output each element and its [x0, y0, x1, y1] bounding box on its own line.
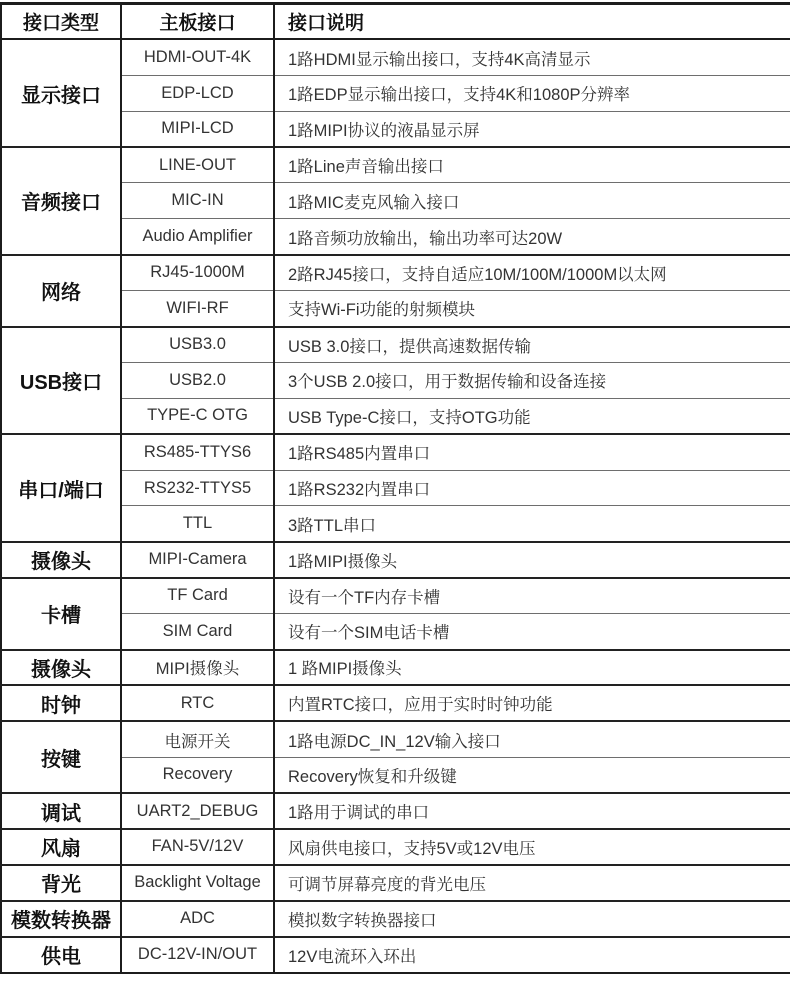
board-interface-cell: Backlight Voltage — [121, 865, 274, 901]
board-interface-cell: FAN-5V/12V — [121, 829, 274, 865]
board-interface-cell: USB2.0 — [121, 362, 274, 398]
interface-description-cell: 1路EDP显示输出接口，支持4K和1080P分辨率 — [274, 75, 790, 111]
interface-description-cell: 1路电源DC_IN_12V输入接口 — [274, 721, 790, 757]
interface-description-cell: 设有一个SIM电话卡槽 — [274, 614, 790, 650]
table-row: 时钟RTC内置RTC接口，应用于实时时钟功能 — [1, 685, 790, 721]
board-interface-cell: RTC — [121, 685, 274, 721]
interface-description-cell: 内置RTC接口，应用于实时时钟功能 — [274, 685, 790, 721]
interface-description-cell: 2路RJ45接口，支持自适应10M/100M/1000M以太网 — [274, 255, 790, 291]
interface-type-cell: 时钟 — [1, 685, 121, 721]
interface-description-cell: 12V电流环入环出 — [274, 937, 790, 973]
board-interface-cell: RJ45-1000M — [121, 255, 274, 291]
interface-description-cell: 1路HDMI显示输出接口，支持4K高清显示 — [274, 39, 790, 75]
interface-description-cell: 3路TTL串口 — [274, 506, 790, 542]
board-interface-cell: DC-12V-IN/OUT — [121, 937, 274, 973]
interface-description-cell: 1路Line声音输出接口 — [274, 147, 790, 183]
interface-type-cell: 风扇 — [1, 829, 121, 865]
table-row: 按键电源开关1路电源DC_IN_12V输入接口 — [1, 721, 790, 757]
interface-description-cell: 1路MIPI摄像头 — [274, 542, 790, 578]
board-interface-cell: Audio Amplifier — [121, 219, 274, 255]
table-row: USB接口USB3.0USB 3.0接口，提供高速数据传输 — [1, 327, 790, 363]
table-row: 摄像头MIPI-Camera1路MIPI摄像头 — [1, 542, 790, 578]
board-interface-cell: WIFI-RF — [121, 291, 274, 327]
interface-type-cell: 供电 — [1, 937, 121, 973]
interface-type-cell: 音频接口 — [1, 147, 121, 255]
table-row: 卡槽TF Card设有一个TF内存卡槽 — [1, 578, 790, 614]
header-interface-type: 接口类型 — [1, 4, 121, 40]
interface-type-cell: 摄像头 — [1, 650, 121, 686]
interface-description-cell: 1路用于调试的串口 — [274, 793, 790, 829]
interface-type-cell: 背光 — [1, 865, 121, 901]
interface-description-cell: Recovery恢复和升级键 — [274, 757, 790, 793]
board-interface-cell: EDP-LCD — [121, 75, 274, 111]
table-row: 背光Backlight Voltage可调节屏幕亮度的背光电压 — [1, 865, 790, 901]
interface-description-cell: 1路RS232内置串口 — [274, 470, 790, 506]
interface-description-cell: 1路MIPI协议的液晶显示屏 — [274, 111, 790, 147]
board-interface-cell: MIPI-Camera — [121, 542, 274, 578]
board-interface-cell: UART2_DEBUG — [121, 793, 274, 829]
board-interface-cell: MIPI摄像头 — [121, 650, 274, 686]
interface-description-cell: 模拟数字转换器接口 — [274, 901, 790, 937]
spec-page: 接口类型 主板接口 接口说明 显示接口HDMI-OUT-4K1路HDMI显示输出… — [0, 0, 790, 984]
table-row: 网络RJ45-1000M2路RJ45接口，支持自适应10M/100M/1000M… — [1, 255, 790, 291]
table-row: 供电DC-12V-IN/OUT12V电流环入环出 — [1, 937, 790, 973]
table-row: 风扇FAN-5V/12V风扇供电接口，支持5V或12V电压 — [1, 829, 790, 865]
board-interface-cell: TTL — [121, 506, 274, 542]
board-interface-cell: HDMI-OUT-4K — [121, 39, 274, 75]
header-interface-description: 接口说明 — [274, 4, 790, 40]
interface-spec-table: 接口类型 主板接口 接口说明 显示接口HDMI-OUT-4K1路HDMI显示输出… — [0, 2, 790, 974]
table-row: 调试UART2_DEBUG1路用于调试的串口 — [1, 793, 790, 829]
interface-type-cell: USB接口 — [1, 327, 121, 435]
interface-type-cell: 串口/端口 — [1, 434, 121, 542]
table-row: 显示接口HDMI-OUT-4K1路HDMI显示输出接口，支持4K高清显示 — [1, 39, 790, 75]
board-interface-cell: SIM Card — [121, 614, 274, 650]
board-interface-cell: TYPE-C OTG — [121, 398, 274, 434]
interface-description-cell: 1路MIC麦克风输入接口 — [274, 183, 790, 219]
interface-description-cell: USB Type-C接口，支持OTG功能 — [274, 398, 790, 434]
spec-table-body: 显示接口HDMI-OUT-4K1路HDMI显示输出接口，支持4K高清显示EDP-… — [1, 39, 790, 972]
board-interface-cell: 电源开关 — [121, 721, 274, 757]
header-board-interface: 主板接口 — [121, 4, 274, 40]
board-interface-cell: RS232-TTYS5 — [121, 470, 274, 506]
board-interface-cell: MIPI-LCD — [121, 111, 274, 147]
interface-type-cell: 按键 — [1, 721, 121, 793]
interface-description-cell: 支持Wi-Fi功能的射频模块 — [274, 291, 790, 327]
table-row: 音频接口LINE-OUT1路Line声音输出接口 — [1, 147, 790, 183]
interface-description-cell: 风扇供电接口，支持5V或12V电压 — [274, 829, 790, 865]
interface-description-cell: USB 3.0接口，提供高速数据传输 — [274, 327, 790, 363]
interface-description-cell: 1路音频功放输出，输出功率可达20W — [274, 219, 790, 255]
interface-description-cell: 设有一个TF内存卡槽 — [274, 578, 790, 614]
table-row: 模数转换器ADC模拟数字转换器接口 — [1, 901, 790, 937]
interface-type-cell: 调试 — [1, 793, 121, 829]
table-header-row: 接口类型 主板接口 接口说明 — [1, 4, 790, 40]
board-interface-cell: Recovery — [121, 757, 274, 793]
table-row: 摄像头MIPI摄像头1 路MIPI摄像头 — [1, 650, 790, 686]
board-interface-cell: USB3.0 — [121, 327, 274, 363]
interface-type-cell: 卡槽 — [1, 578, 121, 650]
board-interface-cell: LINE-OUT — [121, 147, 274, 183]
interface-type-cell: 显示接口 — [1, 39, 121, 147]
board-interface-cell: TF Card — [121, 578, 274, 614]
interface-type-cell: 网络 — [1, 255, 121, 327]
interface-type-cell: 摄像头 — [1, 542, 121, 578]
interface-description-cell: 可调节屏幕亮度的背光电压 — [274, 865, 790, 901]
board-interface-cell: MIC-IN — [121, 183, 274, 219]
interface-description-cell: 3个USB 2.0接口，用于数据传输和设备连接 — [274, 362, 790, 398]
table-row: 串口/端口RS485-TTYS61路RS485内置串口 — [1, 434, 790, 470]
interface-type-cell: 模数转换器 — [1, 901, 121, 937]
board-interface-cell: RS485-TTYS6 — [121, 434, 274, 470]
board-interface-cell: ADC — [121, 901, 274, 937]
interface-description-cell: 1 路MIPI摄像头 — [274, 650, 790, 686]
interface-description-cell: 1路RS485内置串口 — [274, 434, 790, 470]
